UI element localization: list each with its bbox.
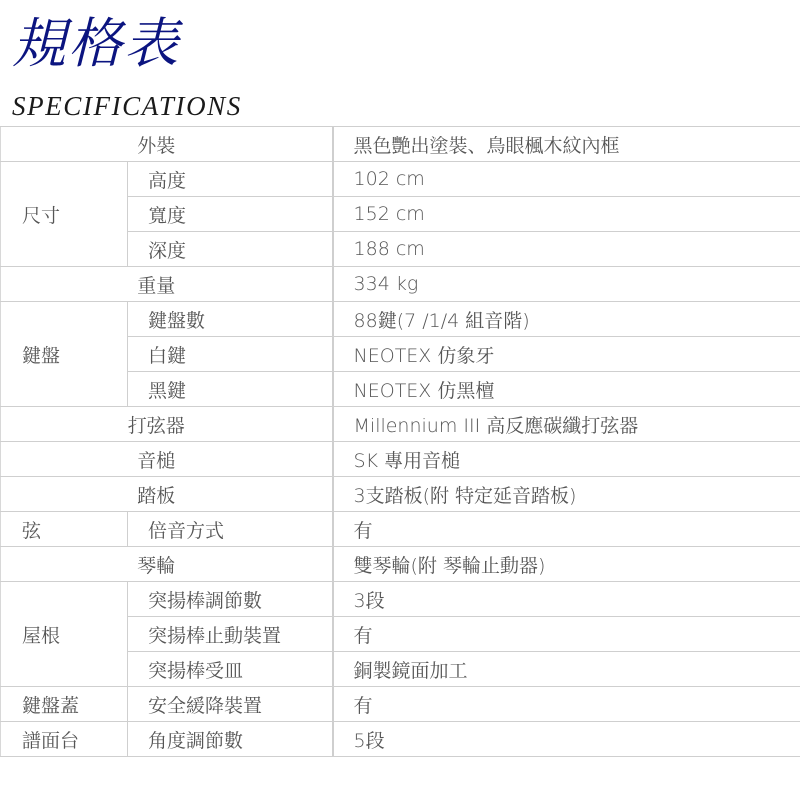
spec-label: 深度 [128,232,333,267]
spec-value: 黑色艷出塗裝、鳥眼楓木紋內框 [333,127,800,162]
spec-label: 鍵盤數 [128,302,333,337]
spec-value: 有 [333,687,800,722]
table-row-desk-angle: 譜面台 角度調節數 5段 [1,722,800,757]
spec-group-lid: 屋根 [1,582,128,687]
spec-value: 188 cm [333,232,800,267]
table-row-casters: 琴輪 雙琴輪(附 琴輪止動器) [1,547,800,582]
spec-value: 334 kg [333,267,800,302]
spec-label: 安全緩降裝置 [128,687,333,722]
spec-label: 倍音方式 [128,512,333,547]
spec-value: 5段 [333,722,800,757]
spec-label: 高度 [128,162,333,197]
spec-group-strings: 弦 [1,512,128,547]
spec-value: 3支踏板(附 特定延音踏板) [333,477,800,512]
table-row-exterior: 外裝 黑色艷出塗裝、鳥眼楓木紋內框 [1,127,800,162]
spec-value: 雙琴輪(附 琴輪止動器) [333,547,800,582]
table-row-soft-close: 鍵盤蓋 安全緩降裝置 有 [1,687,800,722]
page-subtitle: SPECIFICATIONS [12,90,242,122]
spec-value: Millennium III 高反應碳纖打弦器 [333,407,800,442]
table-row-action: 打弦器 Millennium III 高反應碳纖打弦器 [1,407,800,442]
spec-value: NEOTEX 仿黑檀 [333,372,800,407]
spec-value: 銅製鏡面加工 [333,652,800,687]
spec-value: SK 專用音槌 [333,442,800,477]
spec-group-dimensions: 尺寸 [1,162,128,267]
spec-value: NEOTEX 仿象牙 [333,337,800,372]
spec-label: 角度調節數 [128,722,333,757]
spec-group-keyboard: 鍵盤 [1,302,128,407]
spec-label: 琴輪 [1,547,333,582]
spec-group-fallboard: 鍵盤蓋 [1,687,128,722]
spec-value: 102 cm [333,162,800,197]
spec-label: 寬度 [128,197,333,232]
spec-label: 外裝 [1,127,333,162]
table-row-height: 尺寸 高度 102 cm [1,162,800,197]
spec-group-music-desk: 譜面台 [1,722,128,757]
table-row-pedal: 踏板 3支踏板(附 特定延音踏板) [1,477,800,512]
table-row-prop-stick-positions: 屋根 突揚棒調節數 3段 [1,582,800,617]
spec-value: 152 cm [333,197,800,232]
spec-label: 音槌 [1,442,333,477]
spec-label: 突揚棒止動裝置 [128,617,333,652]
spec-label: 打弦器 [1,407,333,442]
spec-label: 重量 [1,267,333,302]
spec-label: 突揚棒受皿 [128,652,333,687]
page-title: 規格表 [12,4,180,84]
spec-label: 踏板 [1,477,333,512]
table-row-weight: 重量 334 kg [1,267,800,302]
spec-value: 88鍵(7 /1/4 組音階) [333,302,800,337]
specifications-table: 外裝 黑色艷出塗裝、鳥眼楓木紋內框 尺寸 高度 102 cm 寬度 152 cm… [0,126,800,757]
spec-label: 突揚棒調節數 [128,582,333,617]
table-row-duplex-scaling: 弦 倍音方式 有 [1,512,800,547]
spec-value: 有 [333,617,800,652]
spec-label: 白鍵 [128,337,333,372]
spec-value: 有 [333,512,800,547]
spec-value: 3段 [333,582,800,617]
table-row-key-count: 鍵盤 鍵盤數 88鍵(7 /1/4 組音階) [1,302,800,337]
table-row-hammer: 音槌 SK 專用音槌 [1,442,800,477]
spec-label: 黑鍵 [128,372,333,407]
